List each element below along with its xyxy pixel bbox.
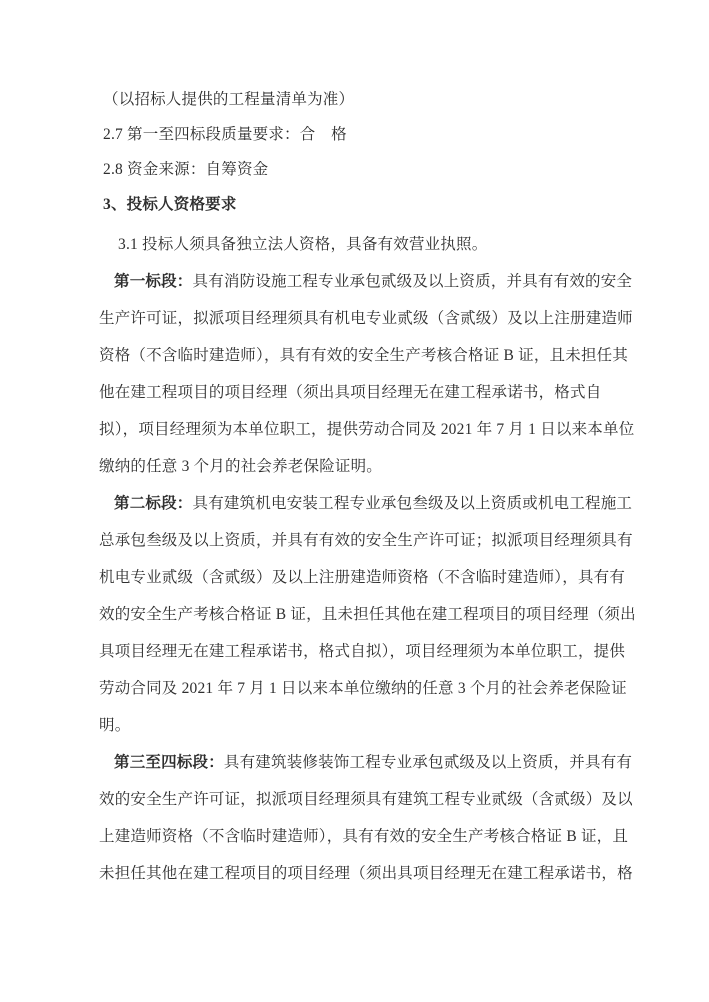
doc-line-text: 具有建筑装修装饰工程专业承包贰级及以上资质，并具有有 (224, 754, 632, 771)
doc-line-text: 机电专业贰级（含贰级）及以上注册建造师资格（不含临时建造师），具有有 (99, 569, 625, 586)
doc-line-text: 资格（不含临时建造师），具有有效的安全生产考核合格证 B 证，且未担任其 (99, 347, 628, 364)
doc-line-clause-2-8: 2.8 资金来源：自筹资金 (103, 152, 619, 187)
doc-line-clause-3-1: 3.1 投标人须具备独立法人资格，具备有效营业执照。 (118, 226, 619, 263)
document-page: （以招标人提供的工程量清单为准） 2.7 第一至四标段质量要求：合 格 2.8 … (0, 0, 709, 1002)
doc-line-text: 明。 (99, 717, 130, 734)
doc-line-text: （以招标人提供的工程量清单为准） (103, 91, 354, 108)
doc-line: 拟），项目经理须为本单位职工，提供劳动合同及 2021 年 7 月 1 日以来本… (99, 411, 619, 448)
document-text-block: （以招标人提供的工程量清单为准） 2.7 第一至四标段质量要求：合 格 2.8 … (99, 82, 619, 892)
doc-line: 缴纳的任意 3 个月的社会养老保险证明。 (99, 448, 619, 485)
doc-line-section-2-start: 第二标段：具有建筑机电安装工程专业承包叁级及以上资质或机电工程施工 (114, 485, 619, 522)
doc-line-text: 2.8 资金来源：自筹资金 (103, 161, 268, 178)
doc-line: 机电专业贰级（含贰级）及以上注册建造师资格（不含临时建造师），具有有 (99, 559, 619, 596)
doc-line-text: 劳动合同及 2021 年 7 月 1 日以来本单位缴纳的任意 3 个月的社会养老… (99, 680, 627, 697)
section-2-label: 第二标段： (114, 495, 193, 512)
doc-line-text: 生产许可证，拟派项目经理须具有机电专业贰级（含贰级）及以上注册建造师 (99, 310, 633, 327)
doc-line-text: 上建造师资格（不含临时建造师），具有有效的安全生产考核合格证 B 证，且 (99, 828, 628, 845)
doc-line: 具项目经理无在建工程承诺书，格式自拟），项目经理须为本单位职工，提供 (99, 633, 619, 670)
doc-heading-clause-3: 3、投标人资格要求 (103, 187, 619, 222)
doc-line-clause-2-7: 2.7 第一至四标段质量要求：合 格 (103, 117, 619, 152)
doc-line-text: 3.1 投标人须具备独立法人资格，具备有效营业执照。 (118, 236, 487, 253)
doc-line-text: 拟），项目经理须为本单位职工，提供劳动合同及 2021 年 7 月 1 日以来本… (99, 421, 634, 438)
doc-line: 生产许可证，拟派项目经理须具有机电专业贰级（含贰级）及以上注册建造师 (99, 300, 619, 337)
doc-line-text: 效的安全生产许可证，拟派项目经理须具有建筑工程专业贰级（含贰级）及以 (99, 791, 633, 808)
doc-line-text: 3、投标人资格要求 (103, 196, 237, 213)
doc-line-text: 具项目经理无在建工程承诺书，格式自拟），项目经理须为本单位职工，提供 (99, 643, 625, 660)
section-1-label: 第一标段： (114, 273, 193, 290)
doc-line: 效的安全生产考核合格证 B 证，且未担任其他在建工程项目的项目经理（须出 (99, 596, 619, 633)
doc-line-text: 未担任其他在建工程项目的项目经理（须出具项目经理无在建工程承诺书，格 (99, 865, 633, 882)
doc-line: 资格（不含临时建造师），具有有效的安全生产考核合格证 B 证，且未担任其 (99, 337, 619, 374)
doc-line: 未担任其他在建工程项目的项目经理（须出具项目经理无在建工程承诺书，格 (99, 855, 619, 892)
doc-line-text: 总承包叁级及以上资质，并具有有效的安全生产许可证；拟派项目经理须具有 (99, 532, 633, 549)
doc-line: 劳动合同及 2021 年 7 月 1 日以来本单位缴纳的任意 3 个月的社会养老… (99, 670, 619, 707)
doc-line-text: 具有建筑机电安装工程专业承包叁级及以上资质或机电工程施工 (193, 495, 633, 512)
doc-line-text: 2.7 第一至四标段质量要求：合 格 (103, 126, 347, 143)
doc-line-text: 具有消防设施工程专业承包贰级及以上资质，并具有有效的安全 (193, 273, 633, 290)
doc-line-text: 缴纳的任意 3 个月的社会养老保险证明。 (99, 458, 382, 475)
section-3-4-label: 第三至四标段： (114, 754, 224, 771)
doc-line-section-3-4-start: 第三至四标段：具有建筑装修装饰工程专业承包贰级及以上资质，并具有有 (114, 744, 619, 781)
doc-line: 上建造师资格（不含临时建造师），具有有效的安全生产考核合格证 B 证，且 (99, 818, 619, 855)
doc-line-text: 效的安全生产考核合格证 B 证，且未担任其他在建工程项目的项目经理（须出 (99, 606, 636, 623)
doc-line-quantity-note: （以招标人提供的工程量清单为准） (103, 82, 619, 117)
doc-line: 总承包叁级及以上资质，并具有有效的安全生产许可证；拟派项目经理须具有 (99, 522, 619, 559)
doc-line: 效的安全生产许可证，拟派项目经理须具有建筑工程专业贰级（含贰级）及以 (99, 781, 619, 818)
doc-line-section-1-start: 第一标段：具有消防设施工程专业承包贰级及以上资质，并具有有效的安全 (114, 263, 619, 300)
doc-line-text: 他在建工程项目的项目经理（须出具项目经理无在建工程承诺书，格式自 (99, 384, 601, 401)
doc-line: 明。 (99, 707, 619, 744)
doc-line: 他在建工程项目的项目经理（须出具项目经理无在建工程承诺书，格式自 (99, 374, 619, 411)
